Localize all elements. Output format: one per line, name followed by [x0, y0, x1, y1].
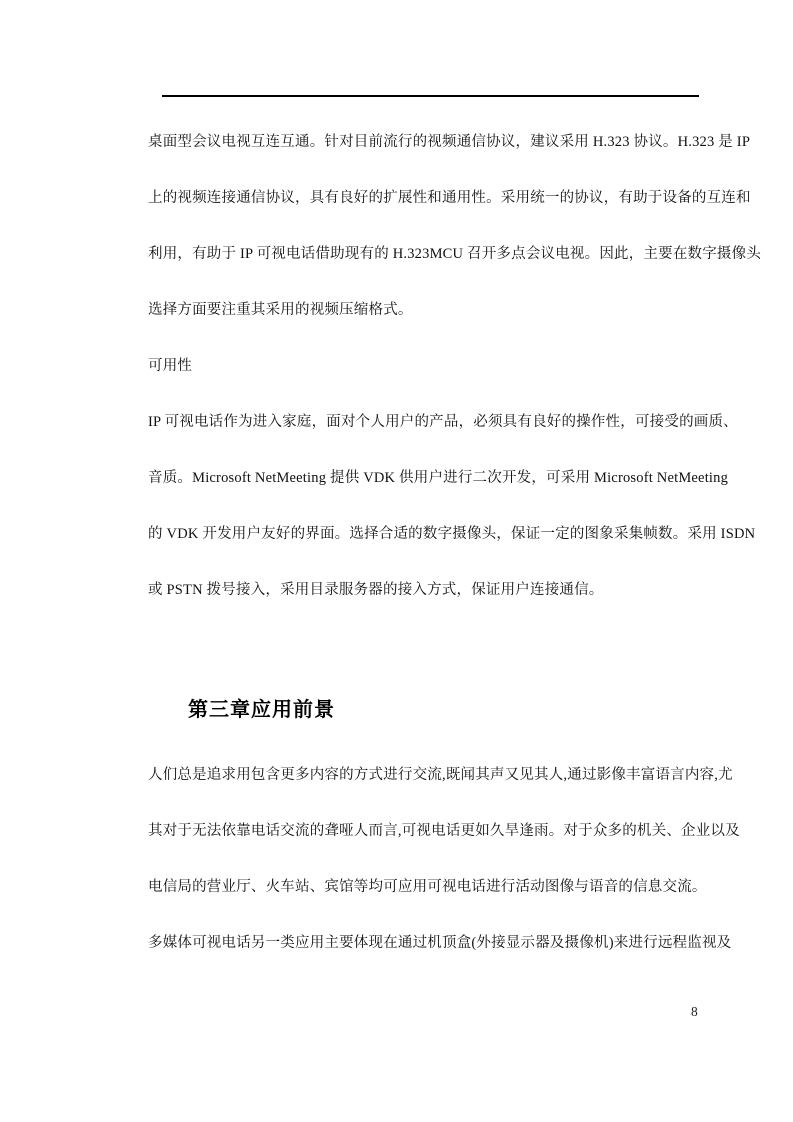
body-line: 上的视频连接通信协议，具有良好的扩展性和通用性。采用统一的协议，有助于设备的互连… [148, 190, 751, 207]
body-line: 音质。Microsoft NetMeeting 提供 VDK 供用户进行二次开发… [148, 470, 728, 487]
chapter-heading: 第三章应用前景 [188, 698, 335, 722]
body-line: IP 可视电话作为进入家庭，面对个人用户的产品，必须具有良好的操作性，可接受的画… [148, 414, 738, 431]
subheading-usability: 可用性 [148, 358, 192, 375]
page-number: 8 [691, 1004, 698, 1020]
body-line: 桌面型会议电视互连互通。针对目前流行的视频通信协议，建议采用 H.323 协议。… [148, 134, 750, 151]
body-line: 其对于无法依靠电话交流的聋哑人而言,可视电话更如久旱逢雨。对于众多的机关、企业以… [148, 823, 740, 840]
document-page: 桌面型会议电视互连互通。针对目前流行的视频通信协议，建议采用 H.323 协议。… [0, 0, 793, 1122]
body-line: 选择方面要注重其采用的视频压缩格式。 [148, 302, 413, 319]
body-line: 多媒体可视电话另一类应用主要体现在通过机顶盒(外接显示器及摄像机)来进行远程监视… [148, 935, 731, 952]
body-line: 电信局的营业厅、火车站、宾馆等均可应用可视电话进行活动图像与语音的信息交流。 [148, 879, 707, 896]
body-line: 利用，有助于 IP 可视电话借助现有的 H.323MCU 召开多点会议电视。因此… [148, 246, 761, 263]
body-line: 或 PSTN 拨号接入，采用目录服务器的接入方式，保证用户连接通信。 [148, 582, 604, 599]
body-line: 人们总是追求用包含更多内容的方式进行交流,既闻其声又见其人,通过影像丰富语言内容… [148, 767, 733, 784]
header-rule [162, 95, 699, 97]
body-line: 的 VDK 开发用户友好的界面。选择合适的数字摄像头，保证一定的图象采集帧数。采… [148, 526, 755, 543]
